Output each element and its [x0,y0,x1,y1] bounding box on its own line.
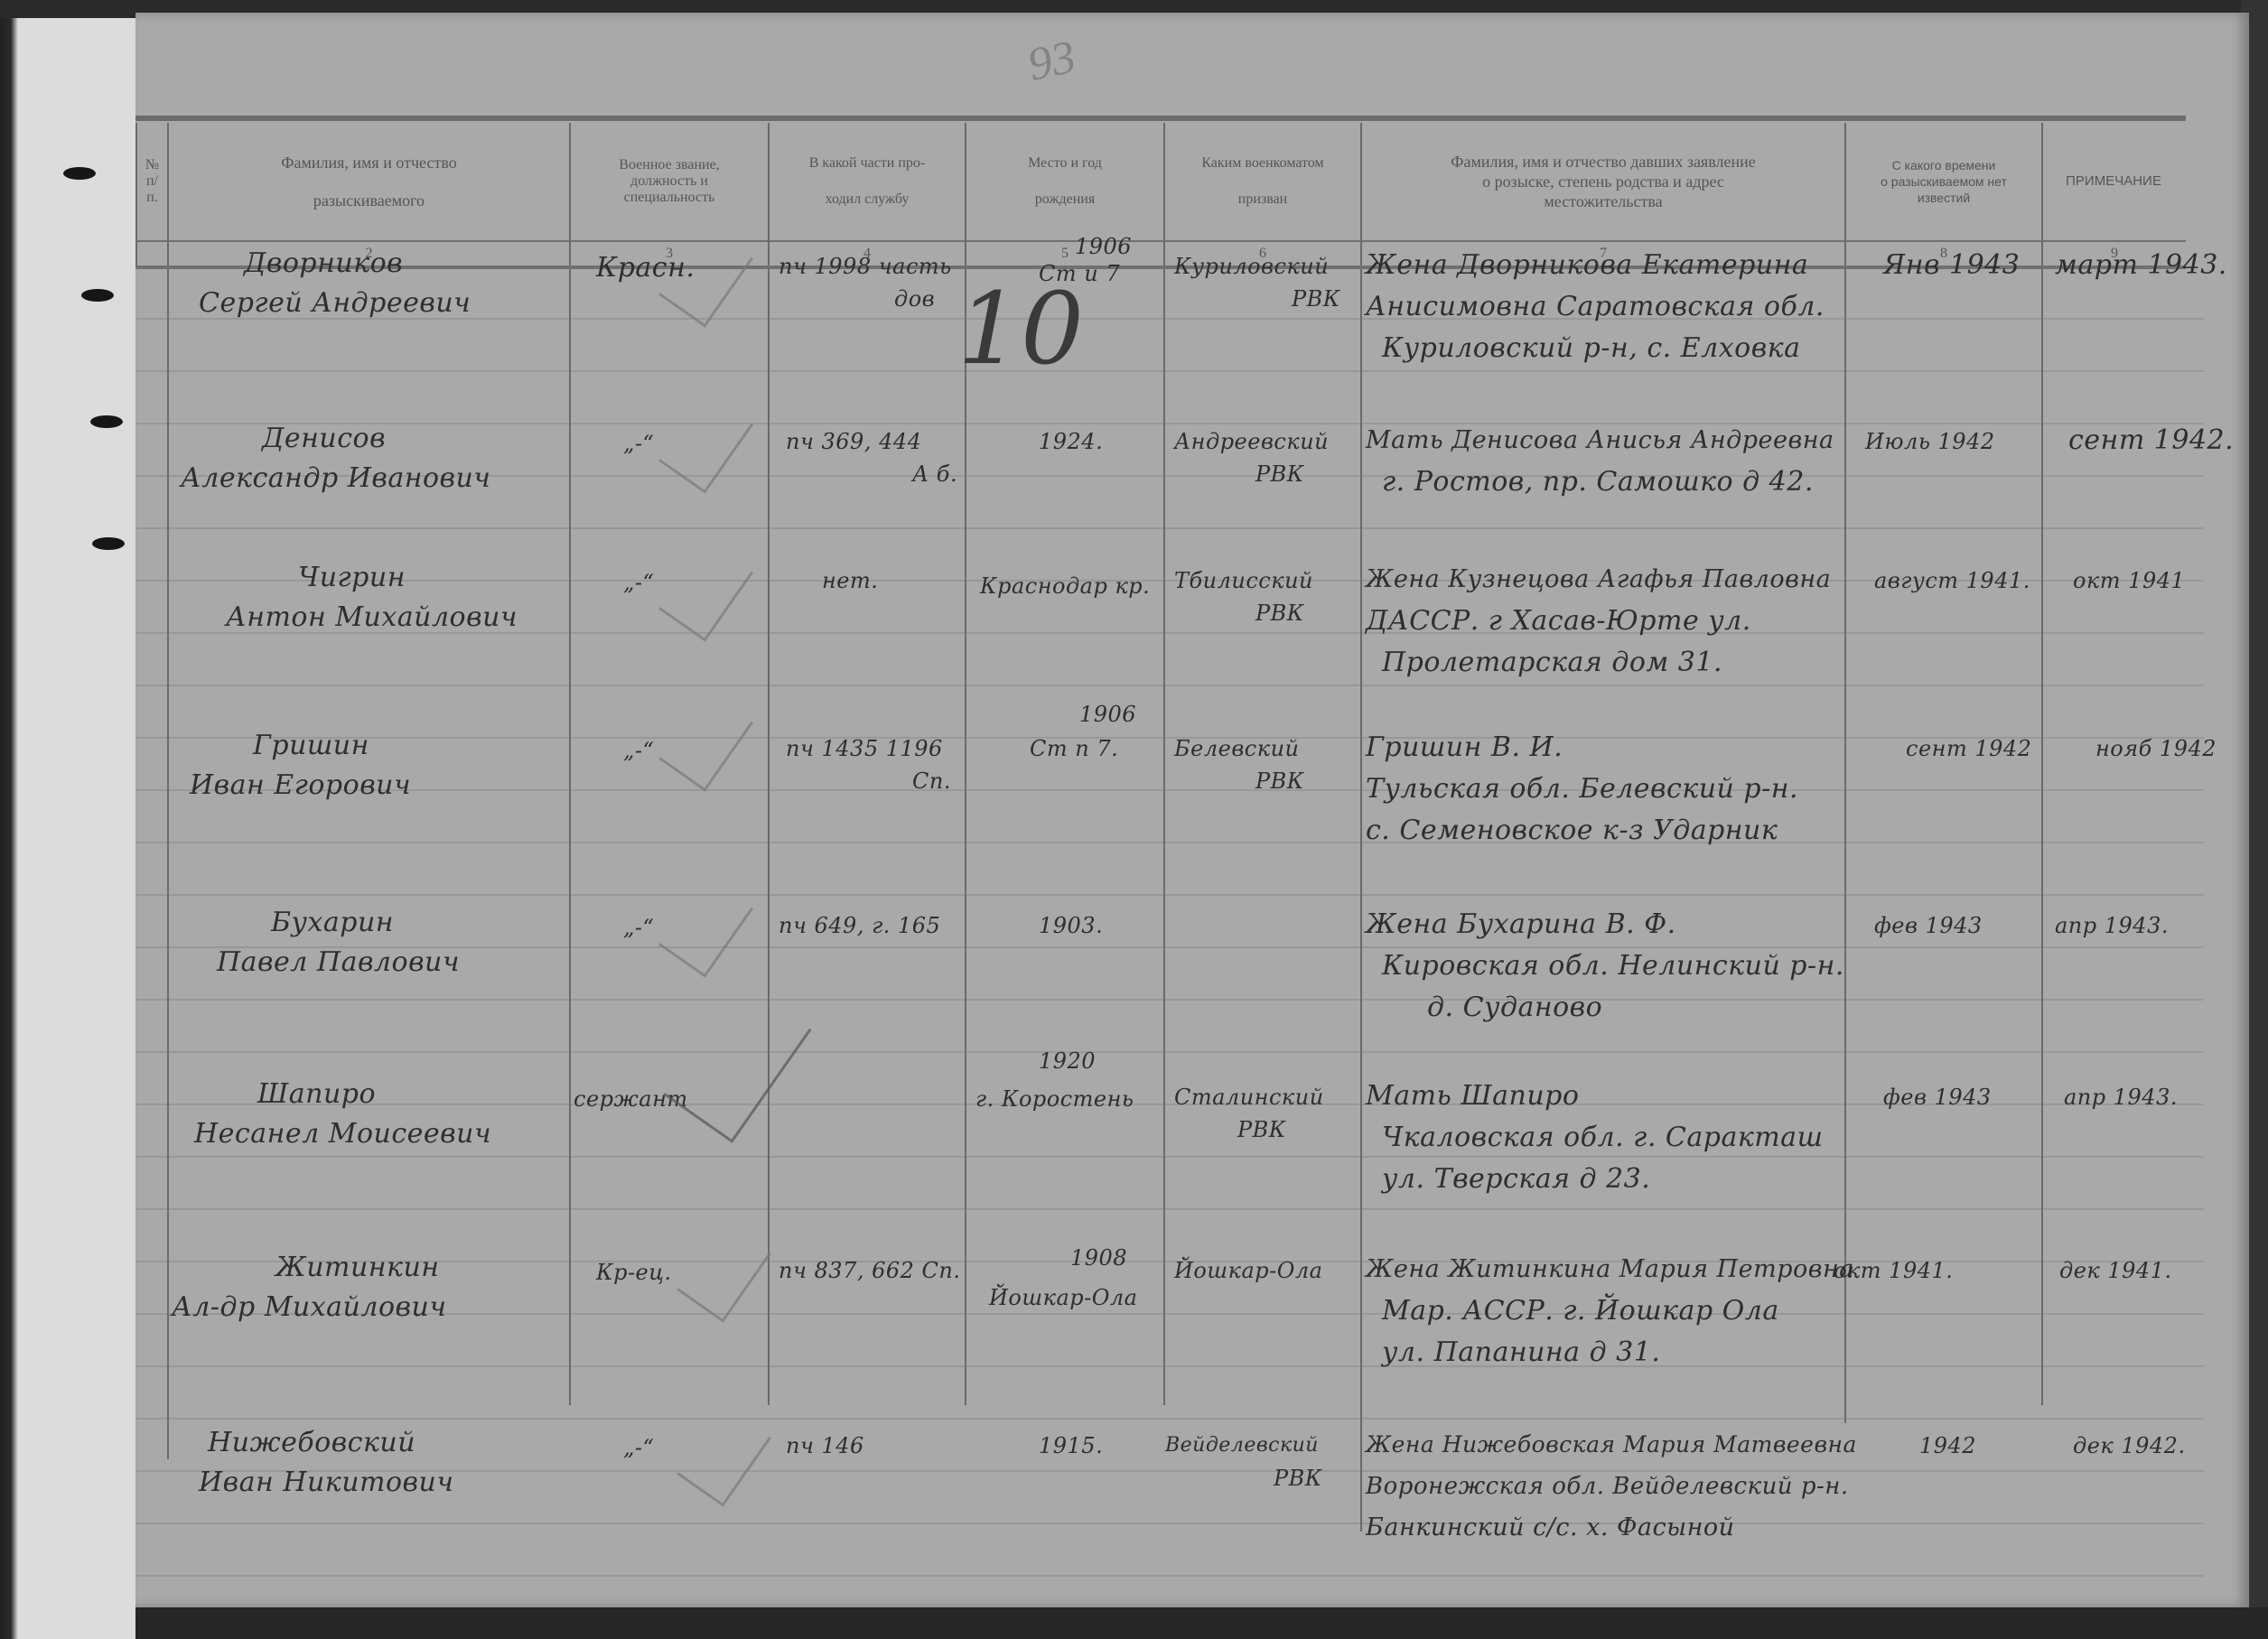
column-divider [1163,123,1165,1405]
header-text: местожительства [1544,191,1662,211]
applicant-line: Мать Денисова Анисья Андреевна [1366,421,1834,461]
header-text: специальность [624,190,715,206]
binding-strip [0,18,135,1639]
surname: Шапиро [257,1075,376,1114]
military-office: Андреевский [1174,426,1329,457]
military-office: Сталинский [1174,1082,1324,1113]
applicant-line: Пролетарская дом 31. [1382,643,1722,683]
header-text: Военное звание, [619,157,719,173]
note: апр 1943. [2064,1082,2178,1113]
applicant-line: Жена Дворникова Екатерина [1366,246,1808,285]
surname: Чигрин [298,558,406,598]
header-text: известий [1918,190,1970,206]
column-divider [2041,123,2043,1405]
no-news-since: август 1941. [1874,565,2030,596]
header-text: С какого времени [1892,157,1996,173]
note: окт 1941 [2073,565,2185,596]
header-bottom-rule [135,265,2186,269]
header-text: В какой части про- [809,155,926,172]
surname: Житинкин [275,1248,440,1288]
header-text: Фамилия, имя и отчество давших заявление [1451,152,1755,172]
header-text: рождения [1035,191,1095,208]
applicant-line: Тульская обл. Белевский р-н. [1366,769,1798,809]
no-news-since: фев 1943 [1874,910,1983,941]
military-office: РВК [1237,1114,1286,1145]
applicant-line: Жена Бухарина В. Ф. [1366,905,1676,945]
unit-line: пч 837, 662 Сп. [779,1255,960,1286]
surname: Бухарин [271,903,394,943]
punch-hole [92,537,125,550]
header-col-8: С какого времени о разыскиваемом нет изв… [1844,123,2041,240]
no-news-since: фев 1943 [1883,1082,1992,1113]
rank: „-“ [623,428,654,459]
given-names: Павел Павлович [217,943,460,982]
military-office: Белевский [1174,733,1299,764]
birth-year: 1924. [1039,426,1103,457]
unit-line: пч 1998 часть [779,251,952,282]
note: нояб 1942 [2095,733,2217,764]
unit-line: пч 146 [786,1430,864,1461]
no-news-since: 1942 [1919,1430,1976,1461]
header-col-1: № п/п. [135,123,167,240]
column-divider [768,123,770,1405]
military-office: РВК [1255,766,1304,796]
given-names: Антон Михайлович [226,598,518,638]
unit-line: пч 369, 444 [786,426,921,457]
rank: „-“ [623,912,654,943]
birth-place: Ст п 7. [1030,733,1118,764]
applicant-line: Жена Кузнецова Агафья Павловна [1366,560,1831,600]
birth-year: 1903. [1039,910,1103,941]
header-text: разыскиваемого [313,192,425,209]
applicant-line: д. Суданово [1427,988,1602,1028]
applicant-line: Жена Нижебовская Мария Матвеевна [1366,1425,1857,1465]
given-names: Александр Иванович [181,459,490,498]
column-divider [1844,123,1846,1423]
header-text: Фамилия, имя и отчество [281,154,456,171]
military-office: РВК [1255,459,1304,489]
military-office: РВК [1255,598,1304,629]
header-text: Место и год [1028,155,1102,172]
no-news-since: сент 1942 [1906,733,2031,764]
punch-hole [81,289,114,302]
military-office: Тбилисский [1174,565,1313,596]
no-news-since: Янв 1943 [1883,246,2020,285]
military-office: Вейделевский [1165,1430,1319,1461]
surname: Денисов [262,419,386,459]
header-text: Каким военкоматом [1201,155,1323,172]
punch-hole [63,167,96,180]
applicant-line: Кировская обл. Нелинский р-н. [1382,946,1844,986]
applicant-line: Мать Шапиро [1366,1076,1579,1116]
given-names: Сергей Андреевич [199,284,471,323]
header-num [135,240,167,265]
register-sheet: 93 № п/п. Фамилия, имя и отчество разыск… [135,13,2249,1607]
column-divider [1360,123,1362,1532]
unit-line: дов [894,284,935,314]
applicant-line: Гришин В. И. [1366,728,1563,768]
header-col-9: ПРИМЕЧАНИЕ [2041,123,2186,240]
rank: „-“ [623,1432,654,1463]
applicant-line: Анисимовна Саратовская обл. [1366,287,1825,327]
column-divider [167,123,169,1459]
unit-line: А б. [912,459,957,489]
birth-place: г. Коростень [975,1084,1134,1114]
birth-year: 1906 [1075,231,1132,262]
birth-year: 1920 [1039,1046,1096,1076]
punch-hole [90,415,123,428]
applicant-line: ДАССР. г Хасав-Юрте ул. [1366,601,1751,641]
note: март 1943. [2055,246,2227,285]
given-names: Иван Егорович [190,766,411,806]
header-col-6: Каким военкоматом призван [1163,123,1360,240]
top-rule [135,116,2186,121]
applicant-line: Куриловский р-н, с. Елховка [1382,329,1800,368]
birth-place: Йошкар-Ола [989,1282,1138,1313]
military-office: Йошкар-Ола [1174,1255,1323,1286]
note: сент 1942. [2068,421,2234,461]
unit-line: пч 1435 1196 [786,733,943,764]
header-col-4: В какой части про- ходил службу [768,123,965,240]
header-text: № [145,157,159,173]
scan-edge-bottom [135,1607,2268,1639]
given-names: Иван Никитович [199,1463,453,1503]
military-office: Куриловский [1174,251,1329,282]
surname: Дворников [244,244,403,284]
applicant-line: с. Семеновское к-з Ударник [1366,811,1778,851]
header-text: о розыске, степень родства и адрес [1482,172,1724,191]
surname: Нижебовский [208,1423,415,1463]
applicant-line: Банкинский с/с. х. Фасыной [1366,1508,1735,1548]
birth-place: Краснодар кр. [980,571,1150,601]
applicant-line: Чкаловская обл. г. Саракташ [1382,1118,1824,1158]
applicant-line: Жена Житинкина Мария Петровна [1366,1250,1854,1290]
no-news-since: Июль 1942 [1865,426,1995,457]
note: дек 1941. [2059,1255,2172,1286]
military-office: РВК [1274,1463,1322,1494]
applicant-line: г. Ростов, пр. Самошко д 42. [1382,462,1814,502]
given-names: Ал-др Михайлович [172,1288,446,1327]
note: апр 1943. [2055,910,2169,941]
birth-year: 1915. [1039,1430,1103,1461]
note: дек 1942. [2073,1430,2186,1461]
birth-year: 1906 [1079,699,1136,730]
header-text: призван [1238,191,1287,208]
unit-line: нет. [822,565,878,596]
header-text: ПРИМЕЧАНИЕ [2066,173,2161,190]
header-col-3: Военное звание, должность и специальност… [569,123,768,240]
applicant-line: Мар. АССР. г. Йошкар Ола [1382,1291,1779,1331]
header-text: о разыскиваемом нет [1881,173,2007,190]
rank: „-“ [623,735,654,766]
pencil-mark: 10 [957,271,1084,386]
header-text: п/п. [143,173,162,206]
header-col-7: Фамилия, имя и отчество давших заявление… [1360,123,1844,240]
surname: Гришин [253,726,369,766]
rank: „-“ [623,567,654,598]
given-names: Несанел Моисеевич [194,1114,491,1154]
header-col-2: Фамилия, имя и отчество разыскиваемого [167,123,569,240]
rank: Кр-ец. [596,1257,672,1288]
stamp-mark: 93 [1023,19,1135,110]
applicant-line: Воронежская обл. Вейделевский р-н. [1366,1467,1849,1506]
applicant-line: ул. Тверская д 23. [1382,1159,1650,1199]
header-text: должность и [630,173,708,190]
header-text: ходил службу [826,191,910,208]
applicant-line: ул. Папанина д 31. [1382,1333,1660,1373]
unit-line: пч 649, г. 165 [779,910,940,941]
birth-year: 1908 [1070,1243,1127,1273]
header-col-5: Место и год рождения [965,123,1163,240]
no-news-since: окт 1941. [1834,1255,1953,1286]
military-office: РВК [1292,284,1340,314]
unit-line: Сп. [912,766,951,796]
column-divider [569,123,571,1405]
